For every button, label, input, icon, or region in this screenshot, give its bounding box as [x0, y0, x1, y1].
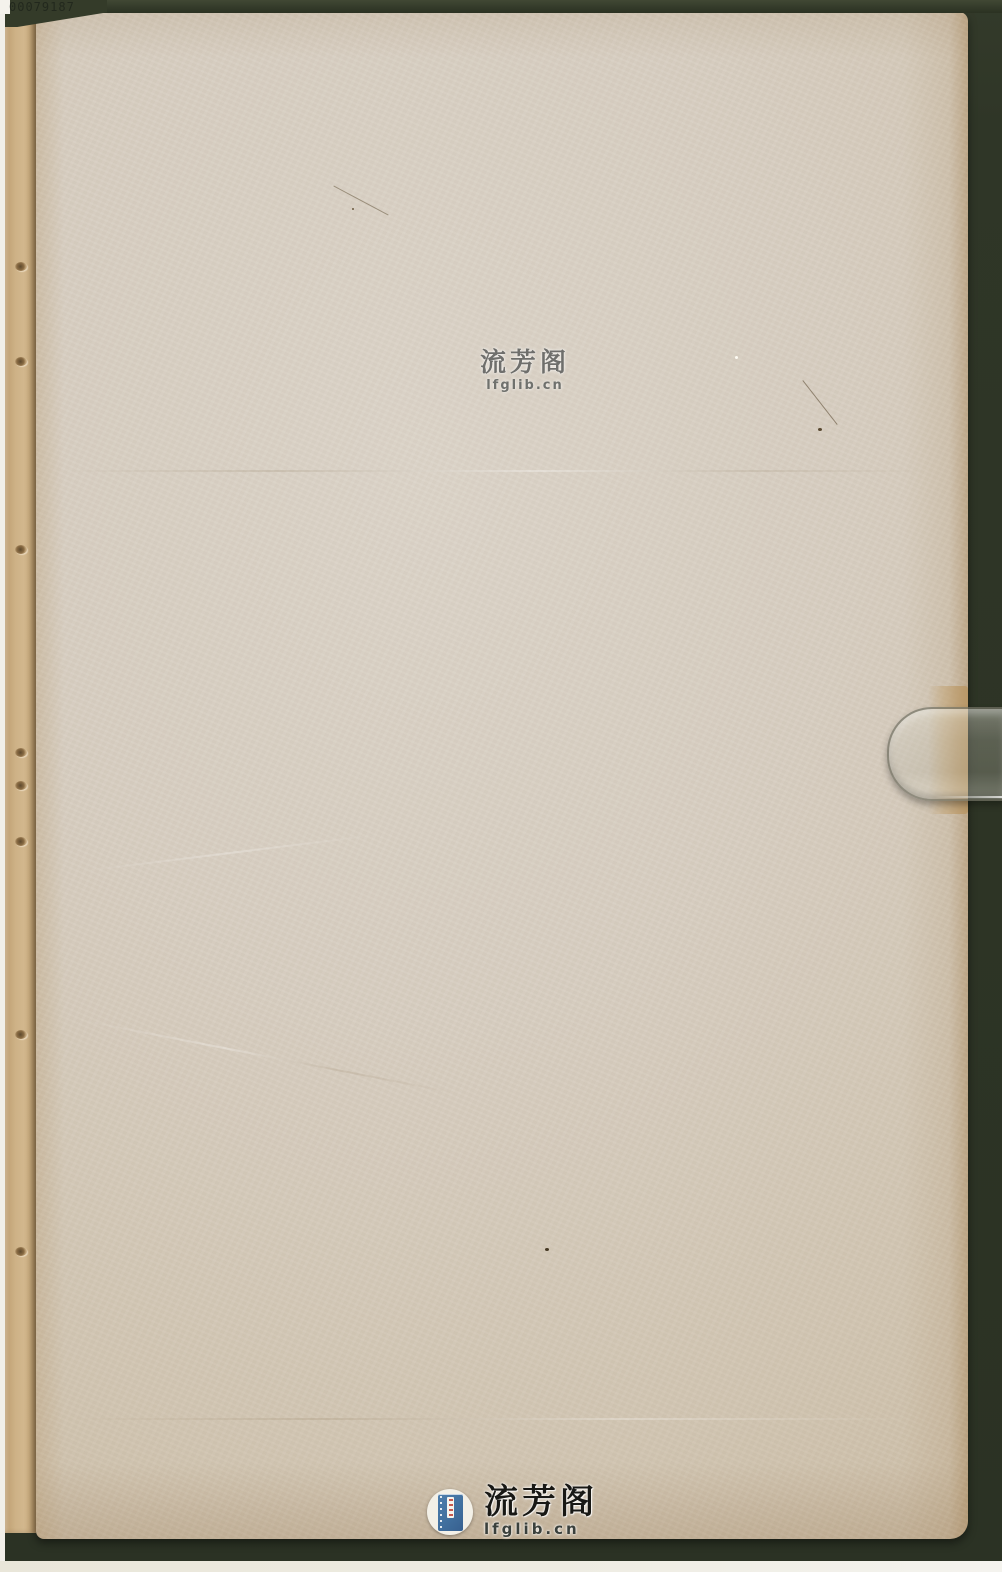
stitch-hole — [15, 545, 27, 554]
stitch-hole — [15, 837, 27, 846]
speck — [735, 356, 738, 359]
bottom-watermark-title: 流芳阁 — [484, 1484, 598, 1522]
stitch-hole — [15, 781, 27, 790]
book-stitches — [440, 1496, 442, 1529]
stitch-hole — [15, 748, 27, 757]
clip-highlight — [935, 796, 1002, 798]
stitch-hole — [15, 262, 27, 271]
scan-id: 00079187 — [9, 0, 75, 14]
paper-texture — [36, 12, 968, 1539]
stitch-hole — [15, 1030, 27, 1039]
thread-bound-book-icon — [438, 1494, 463, 1531]
bottom-edge-strip — [0, 1561, 1002, 1572]
top-mat-strip — [0, 0, 1002, 13]
book-scan-viewport: 00079187 流芳阁 lfglib.cn 流芳阁 l — [0, 0, 1002, 1572]
speck — [545, 1248, 549, 1251]
speck — [818, 428, 822, 431]
speck — [352, 208, 354, 210]
bottom-watermark-domain: lfglib.cn — [484, 1520, 598, 1538]
center-watermark-domain: lfglib.cn — [453, 378, 597, 393]
center-watermark: 流芳阁 lfglib.cn — [453, 349, 597, 393]
plastic-page-clip — [887, 707, 1002, 801]
blank-page — [36, 12, 968, 1539]
center-watermark-title: 流芳阁 — [453, 349, 597, 377]
stitch-hole — [15, 1247, 27, 1256]
book-spine — [5, 13, 36, 1533]
stitch-hole — [15, 357, 27, 366]
book-title-label — [447, 1497, 454, 1518]
bottom-watermark: 流芳阁 lfglib.cn — [484, 1484, 598, 1538]
watermark-badge — [427, 1489, 473, 1535]
